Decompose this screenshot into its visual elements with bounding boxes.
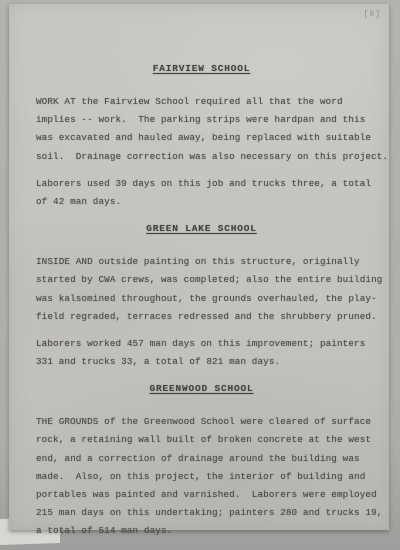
paragraph: WORK AT the Fairview School required all…: [36, 93, 367, 166]
text-line: Laborers worked 457 man days on this imp…: [36, 335, 367, 353]
paragraph: Laborers used 39 days on this job and tr…: [36, 175, 367, 211]
text-line: started by CWA crews, was completed; als…: [36, 271, 367, 289]
section-greenwood-school: GREENWOOD SCHOOL THE GROUNDS of the Gree…: [36, 380, 367, 540]
paragraph: INSIDE AND outside painting on this stru…: [36, 253, 367, 326]
section-heading: FAIRVIEW SCHOOL: [36, 60, 367, 78]
text-line: THE GROUNDS of the Greenwood School were…: [36, 413, 367, 431]
paragraph: Laborers worked 457 man days on this imp…: [36, 335, 367, 371]
section-fairview-school: FAIRVIEW SCHOOL WORK AT the Fairview Sch…: [36, 60, 367, 211]
text-line: implies -- work. The parking strips were…: [36, 111, 367, 129]
text-line: soil. Drainage correction was also neces…: [36, 148, 367, 166]
text-line: WORK AT the Fairview School required all…: [36, 93, 367, 111]
scanned-photo-background: [8] FAIRVIEW SCHOOL WORK AT the Fairview…: [0, 0, 400, 550]
text-line: INSIDE AND outside painting on this stru…: [36, 253, 367, 271]
section-heading: GREENWOOD SCHOOL: [36, 380, 367, 398]
section-heading: GREEN LAKE SCHOOL: [36, 220, 367, 238]
text-line: 215 man days on this undertaking; painte…: [36, 504, 367, 522]
pencil-page-mark: [8]: [364, 10, 381, 19]
text-line: Laborers used 39 days on this job and tr…: [36, 175, 367, 193]
text-line: was excavated and hauled away, being rep…: [36, 129, 367, 147]
text-line: a total of 514 man days.: [36, 522, 367, 540]
text-line: 331 and trucks 33, a total of 821 man da…: [36, 353, 367, 371]
section-green-lake-school: GREEN LAKE SCHOOL INSIDE AND outside pai…: [36, 220, 367, 371]
text-line: rock, a retaining wall built of broken c…: [36, 431, 367, 449]
text-line: was kalsomined throughout, the grounds o…: [36, 290, 367, 308]
text-line: of 42 man days.: [36, 193, 367, 211]
paragraph: THE GROUNDS of the Greenwood School were…: [36, 413, 367, 540]
typewritten-page: [8] FAIRVIEW SCHOOL WORK AT the Fairview…: [9, 4, 389, 530]
text-line: field regraded, terraces redressed and t…: [36, 308, 367, 326]
text-line: end, and a correction of drainage around…: [36, 450, 367, 468]
text-line: made. Also, on this project, the interio…: [36, 468, 367, 486]
text-line: portables was painted and varnished. Lab…: [36, 486, 367, 504]
